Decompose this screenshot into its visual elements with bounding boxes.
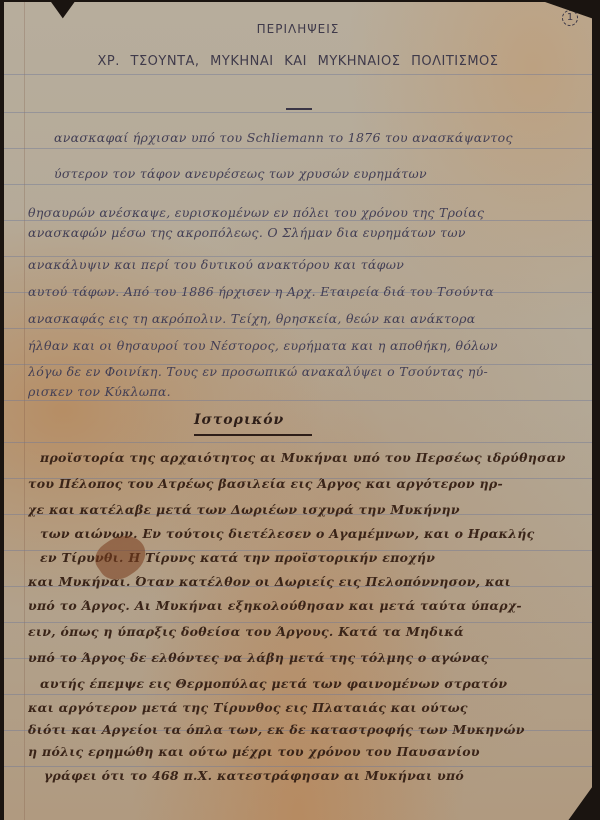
ruled-line bbox=[4, 74, 592, 75]
ruled-line bbox=[4, 400, 592, 401]
text-line: αυτού τάφων. Από του 1886 ήρχισεν η Αρχ.… bbox=[28, 286, 578, 299]
text-line: λόγω δε εν Φοινίκη. Τους εν προσωπικώ αν… bbox=[28, 366, 578, 379]
ruled-line bbox=[4, 148, 592, 149]
ruled-line bbox=[4, 694, 592, 695]
ruled-line bbox=[4, 256, 592, 257]
title-separator bbox=[286, 108, 312, 110]
text-line: ρισκεν τον Κύκλωπα. bbox=[28, 386, 578, 399]
ruled-line bbox=[4, 328, 592, 329]
text-line: ύστερον τον τάφον ανευρέσεως των χρυσών … bbox=[54, 168, 578, 181]
text-line: υπό το Άργος. Αι Μυκήναι εξηκολούθησαν κ… bbox=[28, 600, 578, 613]
ruled-line bbox=[4, 112, 592, 113]
text-line: ειν, όπως η ύπαρξις δοθείσα του Άργους. … bbox=[28, 626, 578, 639]
ruled-line bbox=[4, 220, 592, 221]
text-line: ήλθαν και οι θησαυροί του Νέστορος, ευρή… bbox=[28, 340, 578, 353]
section-underline bbox=[194, 434, 312, 436]
text-line: και αργότερον μετά της Τίρυνθος εις Πλατ… bbox=[28, 702, 578, 715]
text-line: ανακάλυψιν και περί του δυτικού ανακτόρο… bbox=[28, 259, 578, 272]
ruled-line bbox=[4, 442, 592, 443]
ruled-line bbox=[4, 550, 592, 551]
notebook-page: 1 ΠΕΡΙΛΗΨΕΙΣ ΧΡ. ΤΣΟΥΝΤΑ, ΜΥΚΗΝΑΙ ΚΑΙ ΜΥ… bbox=[4, 2, 592, 820]
header-summaries: ΠΕΡΙΛΗΨΕΙΣ bbox=[4, 22, 592, 36]
document-title: ΧΡ. ΤΣΟΥΝΤΑ, ΜΥΚΗΝΑΙ ΚΑΙ ΜΥΚΗΝΑΙΟΣ ΠΟΛΙΤ… bbox=[4, 54, 592, 69]
text-line: γράφει ότι το 468 π.Χ. κατεστράφησαν αι … bbox=[44, 770, 578, 783]
section-heading: Ιστορικόν bbox=[194, 412, 284, 428]
text-line: η πόλις ερημώθη και ούτω μέχρι του χρόνο… bbox=[28, 746, 578, 759]
ruled-line bbox=[4, 364, 592, 365]
text-line: ανασκαφαί ήρχισαν υπό του Schliemann το … bbox=[54, 132, 578, 145]
text-line: ανασκαφάς εις τη ακρόπολιν. Τείχη, θρησκ… bbox=[28, 313, 578, 326]
ruled-line bbox=[4, 622, 592, 623]
ruled-line bbox=[4, 766, 592, 767]
text-line: προϊστορία της αρχαιότητος αι Μυκήναι υπ… bbox=[40, 452, 578, 465]
text-line: ανασκαφών μέσω της ακροπόλεως. Ο Σλήμαν … bbox=[28, 227, 578, 240]
text-line: θησαυρών ανέσκαψε, ευρισκομένων εν πόλει… bbox=[28, 207, 578, 220]
text-line: χε και κατέλαβε μετά των Δωριέων ισχυρά … bbox=[28, 504, 578, 517]
text-line: του Πέλοπος του Ατρέως βασιλεία εις Άργο… bbox=[28, 478, 578, 491]
text-line: αυτής έπεμψε εις Θερμοπύλας μετά των φαι… bbox=[40, 678, 578, 691]
ruled-line bbox=[4, 184, 592, 185]
text-line: υπό το Άργος δε ελθόντες να λάβη μετά τη… bbox=[28, 652, 578, 665]
text-line: διότι και Αργείοι τα όπλα των, εκ δε κατ… bbox=[28, 724, 578, 737]
margin-line bbox=[24, 2, 25, 820]
